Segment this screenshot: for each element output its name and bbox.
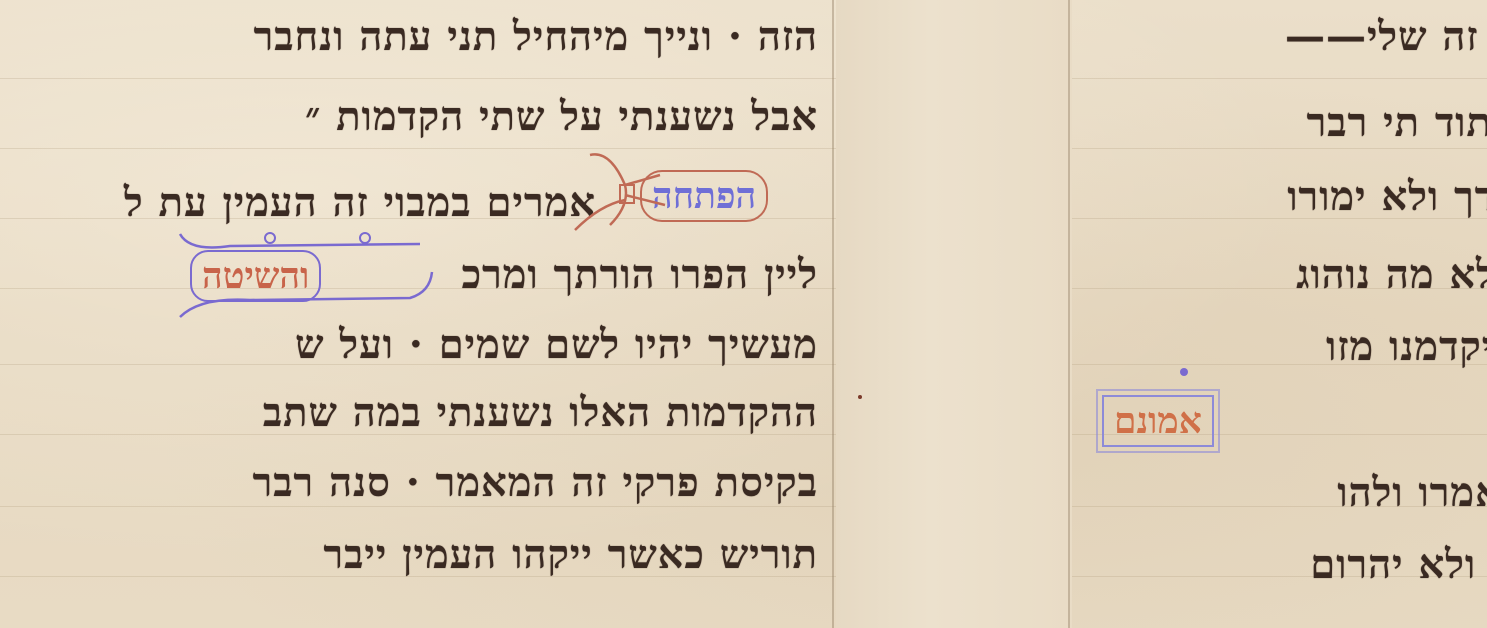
text-line: נני שיקדמנו מזו <box>1326 322 1487 372</box>
text-line: תוריש כאשר ייקהו העמין ייבר <box>323 530 818 580</box>
text-line: אמרי זה שלי—— <box>1285 12 1487 62</box>
right-text-column: אמרי זה שלי—— בנו מתוד תי רבר ——דך ולא י… <box>1072 0 1487 628</box>
text-line: הזה · ונייך מיהחיל תני עתה ונחבר <box>254 12 818 62</box>
rubric-word-framed: אמונם <box>1102 395 1214 447</box>
red-penwork-flourish-icon <box>570 145 680 240</box>
text-line: ליין הפרו הורתך ומרכ <box>462 250 818 300</box>
text-line: אבל נשענתי על שתי הקדמות ״ <box>305 92 818 142</box>
column-gutter <box>836 0 1072 628</box>
text-line: שלו אמרו ולהו <box>1337 468 1487 518</box>
text-line: להו ולא מה נוהוג <box>1296 250 1487 300</box>
text-line: לולהו ולא יהרום <box>1310 540 1487 590</box>
ink-speck <box>858 395 862 399</box>
left-text-column: הזה · ונייך מיהחיל תני עתה ונחבר אבל נשע… <box>0 0 836 628</box>
text-line: אמרים במבוי זה העמין עת ל <box>124 178 596 228</box>
text-line: בנו מתוד תי רבר <box>1307 98 1487 148</box>
right-column-margin-rule <box>1068 0 1070 628</box>
text-line: מעשיך יהיו לשם שמים · ועל ש <box>295 320 818 370</box>
blue-penwork-flourish-icon <box>170 222 440 322</box>
text-line: בקיסת פרקי זה המאמר · סנה רבר <box>253 458 818 508</box>
text-line: ——דך ולא ימורו <box>1287 172 1487 222</box>
text-line: ההקדמות האלו נשענתי במה שתב <box>263 388 818 438</box>
blue-penwork-knot-icon <box>1180 368 1188 376</box>
